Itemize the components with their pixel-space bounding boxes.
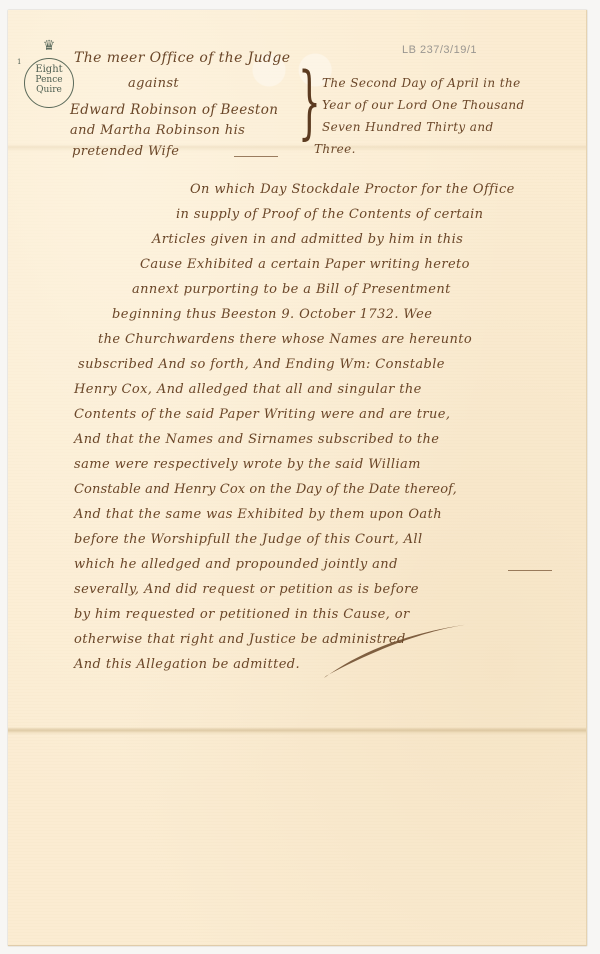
heading-rule [234,156,278,157]
body-line-17: severally, And did request or petition a… [74,582,419,597]
stamp-number: 1 [17,59,21,66]
body-line-3: Articles given in and admitted by him in… [152,232,463,247]
body-line-20: And this Allegation be admitted. [74,657,300,672]
body-line-4: Cause Exhibited a certain Paper writing … [140,257,470,272]
archive-reference: LB 237/3/19/1 [402,44,477,56]
duty-stamp: ♛ 1 Eight Pence Quire [24,58,74,108]
body-line-10: Contents of the said Paper Writing were … [74,407,450,422]
body-line-14: And that the same was Exhibited by them … [74,507,442,522]
fold-line-middle [8,727,586,735]
bracket-brace: } [298,62,321,142]
crown-icon: ♛ [39,39,59,55]
body-line-16-rule [508,570,552,571]
heading-left-line-4: and Martha Robinson his [70,123,245,138]
body-line-6: beginning thus Beeston 9. October 1732. … [112,307,432,322]
manuscript-page: ♛ 1 Eight Pence Quire LB 237/3/19/1 The … [8,10,587,946]
heading-right-line-1: The Second Day of April in the [322,76,521,90]
heading-right-line-4: Three. [314,142,356,156]
embossed-seal [236,34,346,106]
body-line-1: On which Day Stockdale Proctor for the O… [190,182,515,197]
body-line-12: same were respectively wrote by the said… [74,457,421,472]
closing-flourish [322,610,472,680]
body-line-15: before the Worshipfull the Judge of this… [74,532,423,547]
body-line-8: subscribed And so forth, And Ending Wm: … [78,357,445,372]
heading-left-line-1: The meer Office of the Judge [74,50,290,66]
heading-left-line-3: Edward Robinson of Beeston [70,102,278,118]
body-line-5: annext purporting to be a Bill of Presen… [132,282,451,297]
body-line-16: which he alledged and propounded jointly… [74,557,398,572]
heading-right-line-2: Year of our Lord One Thousand [322,98,525,112]
body-line-11: And that the Names and Sirnames subscrib… [74,432,439,447]
body-line-13: Constable and Henry Cox on the Day of th… [74,482,457,497]
body-line-2: in supply of Proof of the Contents of ce… [176,207,483,222]
heading-right-line-3: Seven Hundred Thirty and [322,120,494,134]
heading-left-line-2: against [128,76,179,91]
stamp-line-1: Eight [25,65,73,75]
heading-left-line-5: pretended Wife [72,144,179,159]
stamp-line-3: Quire [25,86,73,95]
body-line-7: the Churchwardens there whose Names are … [98,332,472,347]
body-line-9: Henry Cox, And alledged that all and sin… [74,382,422,397]
stamp-line-2: Pence [25,76,73,85]
